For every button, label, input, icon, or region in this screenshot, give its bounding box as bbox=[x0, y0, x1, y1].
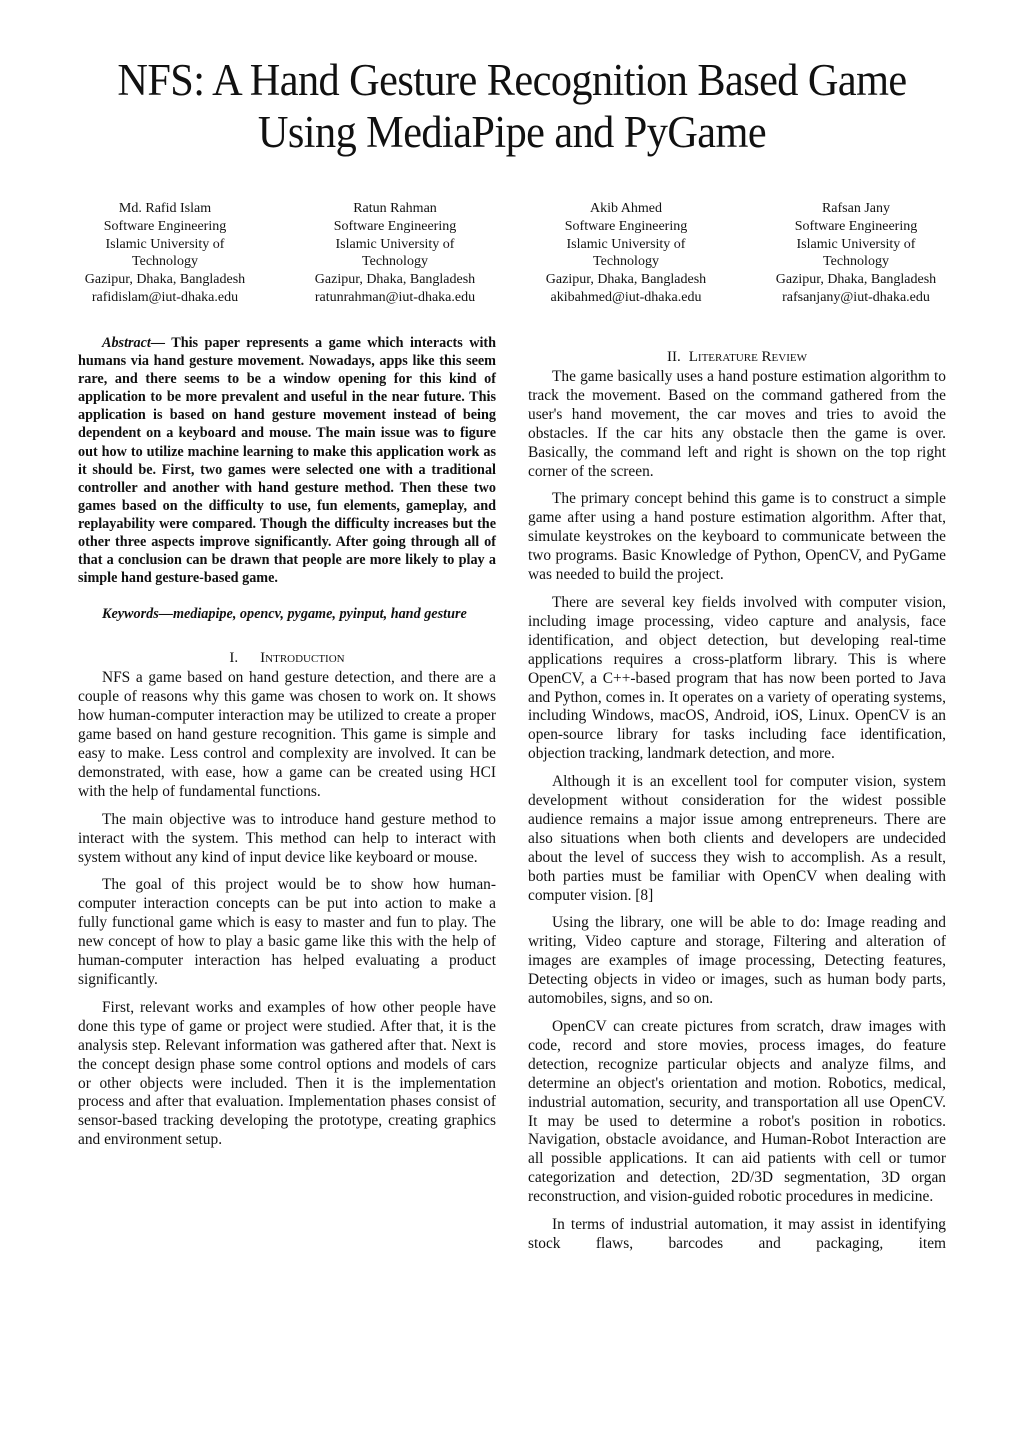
author-univ-cont: Technology bbox=[280, 253, 510, 271]
author-univ-cont: Technology bbox=[50, 253, 280, 271]
author-name: Ratun Rahman bbox=[280, 200, 510, 218]
author-dept: Software Engineering bbox=[511, 218, 741, 236]
section-title: Introduction bbox=[260, 650, 344, 666]
abstract-text: This paper represents a game which inter… bbox=[78, 335, 496, 586]
paragraph: The primary concept behind this game is … bbox=[528, 490, 946, 585]
author-location: Gazipur, Dhaka, Bangladesh bbox=[511, 271, 741, 289]
paragraph: OpenCV can create pictures from scratch,… bbox=[528, 1018, 946, 1207]
author-name: Rafsan Jany bbox=[741, 200, 971, 218]
author-email: rafsanjany@iut-dhaka.edu bbox=[741, 289, 971, 307]
section-heading-literature-review: II.Literature Review bbox=[528, 348, 946, 366]
right-column: II.Literature Review The game basically … bbox=[528, 348, 946, 1254]
abstract-label: Abstract— bbox=[102, 335, 165, 351]
author-dept: Software Engineering bbox=[50, 218, 280, 236]
paragraph: The game basically uses a hand posture e… bbox=[528, 368, 946, 481]
author-univ: Islamic University of bbox=[280, 236, 510, 254]
abstract: Abstract— This paper represents a game w… bbox=[78, 334, 496, 587]
author-3: Akib Ahmed Software Engineering Islamic … bbox=[511, 200, 741, 307]
paragraph: Using the library, one will be able to d… bbox=[528, 914, 946, 1009]
paper-page: NFS: A Hand Gesture Recognition Based Ga… bbox=[0, 0, 1024, 1447]
section-number: I. bbox=[229, 650, 238, 666]
author-univ: Islamic University of bbox=[50, 236, 280, 254]
author-univ: Islamic University of bbox=[511, 236, 741, 254]
paragraph: First, relevant works and examples of ho… bbox=[78, 999, 496, 1150]
author-location: Gazipur, Dhaka, Bangladesh bbox=[50, 271, 280, 289]
paragraph: Although it is an excellent tool for com… bbox=[528, 773, 946, 905]
author-name: Akib Ahmed bbox=[511, 200, 741, 218]
author-name: Md. Rafid Islam bbox=[50, 200, 280, 218]
section-heading-introduction: I.Introduction bbox=[78, 649, 496, 667]
author-univ: Islamic University of bbox=[741, 236, 971, 254]
author-location: Gazipur, Dhaka, Bangladesh bbox=[741, 271, 971, 289]
author-location: Gazipur, Dhaka, Bangladesh bbox=[280, 271, 510, 289]
keywords: Keywords—mediapipe, opencv, pygame, pyin… bbox=[78, 605, 496, 623]
author-univ-cont: Technology bbox=[741, 253, 971, 271]
paragraph: There are several key fields involved wi… bbox=[528, 594, 946, 764]
author-email: rafidislam@iut-dhaka.edu bbox=[50, 289, 280, 307]
author-2: Ratun Rahman Software Engineering Islami… bbox=[280, 200, 510, 307]
section-number: II. bbox=[667, 349, 681, 365]
author-univ-cont: Technology bbox=[511, 253, 741, 271]
paragraph: NFS a game based on hand gesture detecti… bbox=[78, 669, 496, 801]
section-title: Literature Review bbox=[689, 349, 807, 365]
paragraph: The goal of this project would be to sho… bbox=[78, 876, 496, 989]
author-block: Md. Rafid Islam Software Engineering Isl… bbox=[50, 200, 974, 310]
left-column: Abstract— This paper represents a game w… bbox=[78, 334, 496, 1150]
paper-title: NFS: A Hand Gesture Recognition Based Ga… bbox=[68, 54, 955, 158]
author-email: ratunrahman@iut-dhaka.edu bbox=[280, 289, 510, 307]
author-4: Rafsan Jany Software Engineering Islamic… bbox=[741, 200, 971, 307]
author-1: Md. Rafid Islam Software Engineering Isl… bbox=[50, 200, 280, 307]
author-dept: Software Engineering bbox=[280, 218, 510, 236]
paragraph: In terms of industrial automation, it ma… bbox=[528, 1216, 946, 1254]
paragraph: The main objective was to introduce hand… bbox=[78, 811, 496, 868]
author-dept: Software Engineering bbox=[741, 218, 971, 236]
author-email: akibahmed@iut-dhaka.edu bbox=[511, 289, 741, 307]
